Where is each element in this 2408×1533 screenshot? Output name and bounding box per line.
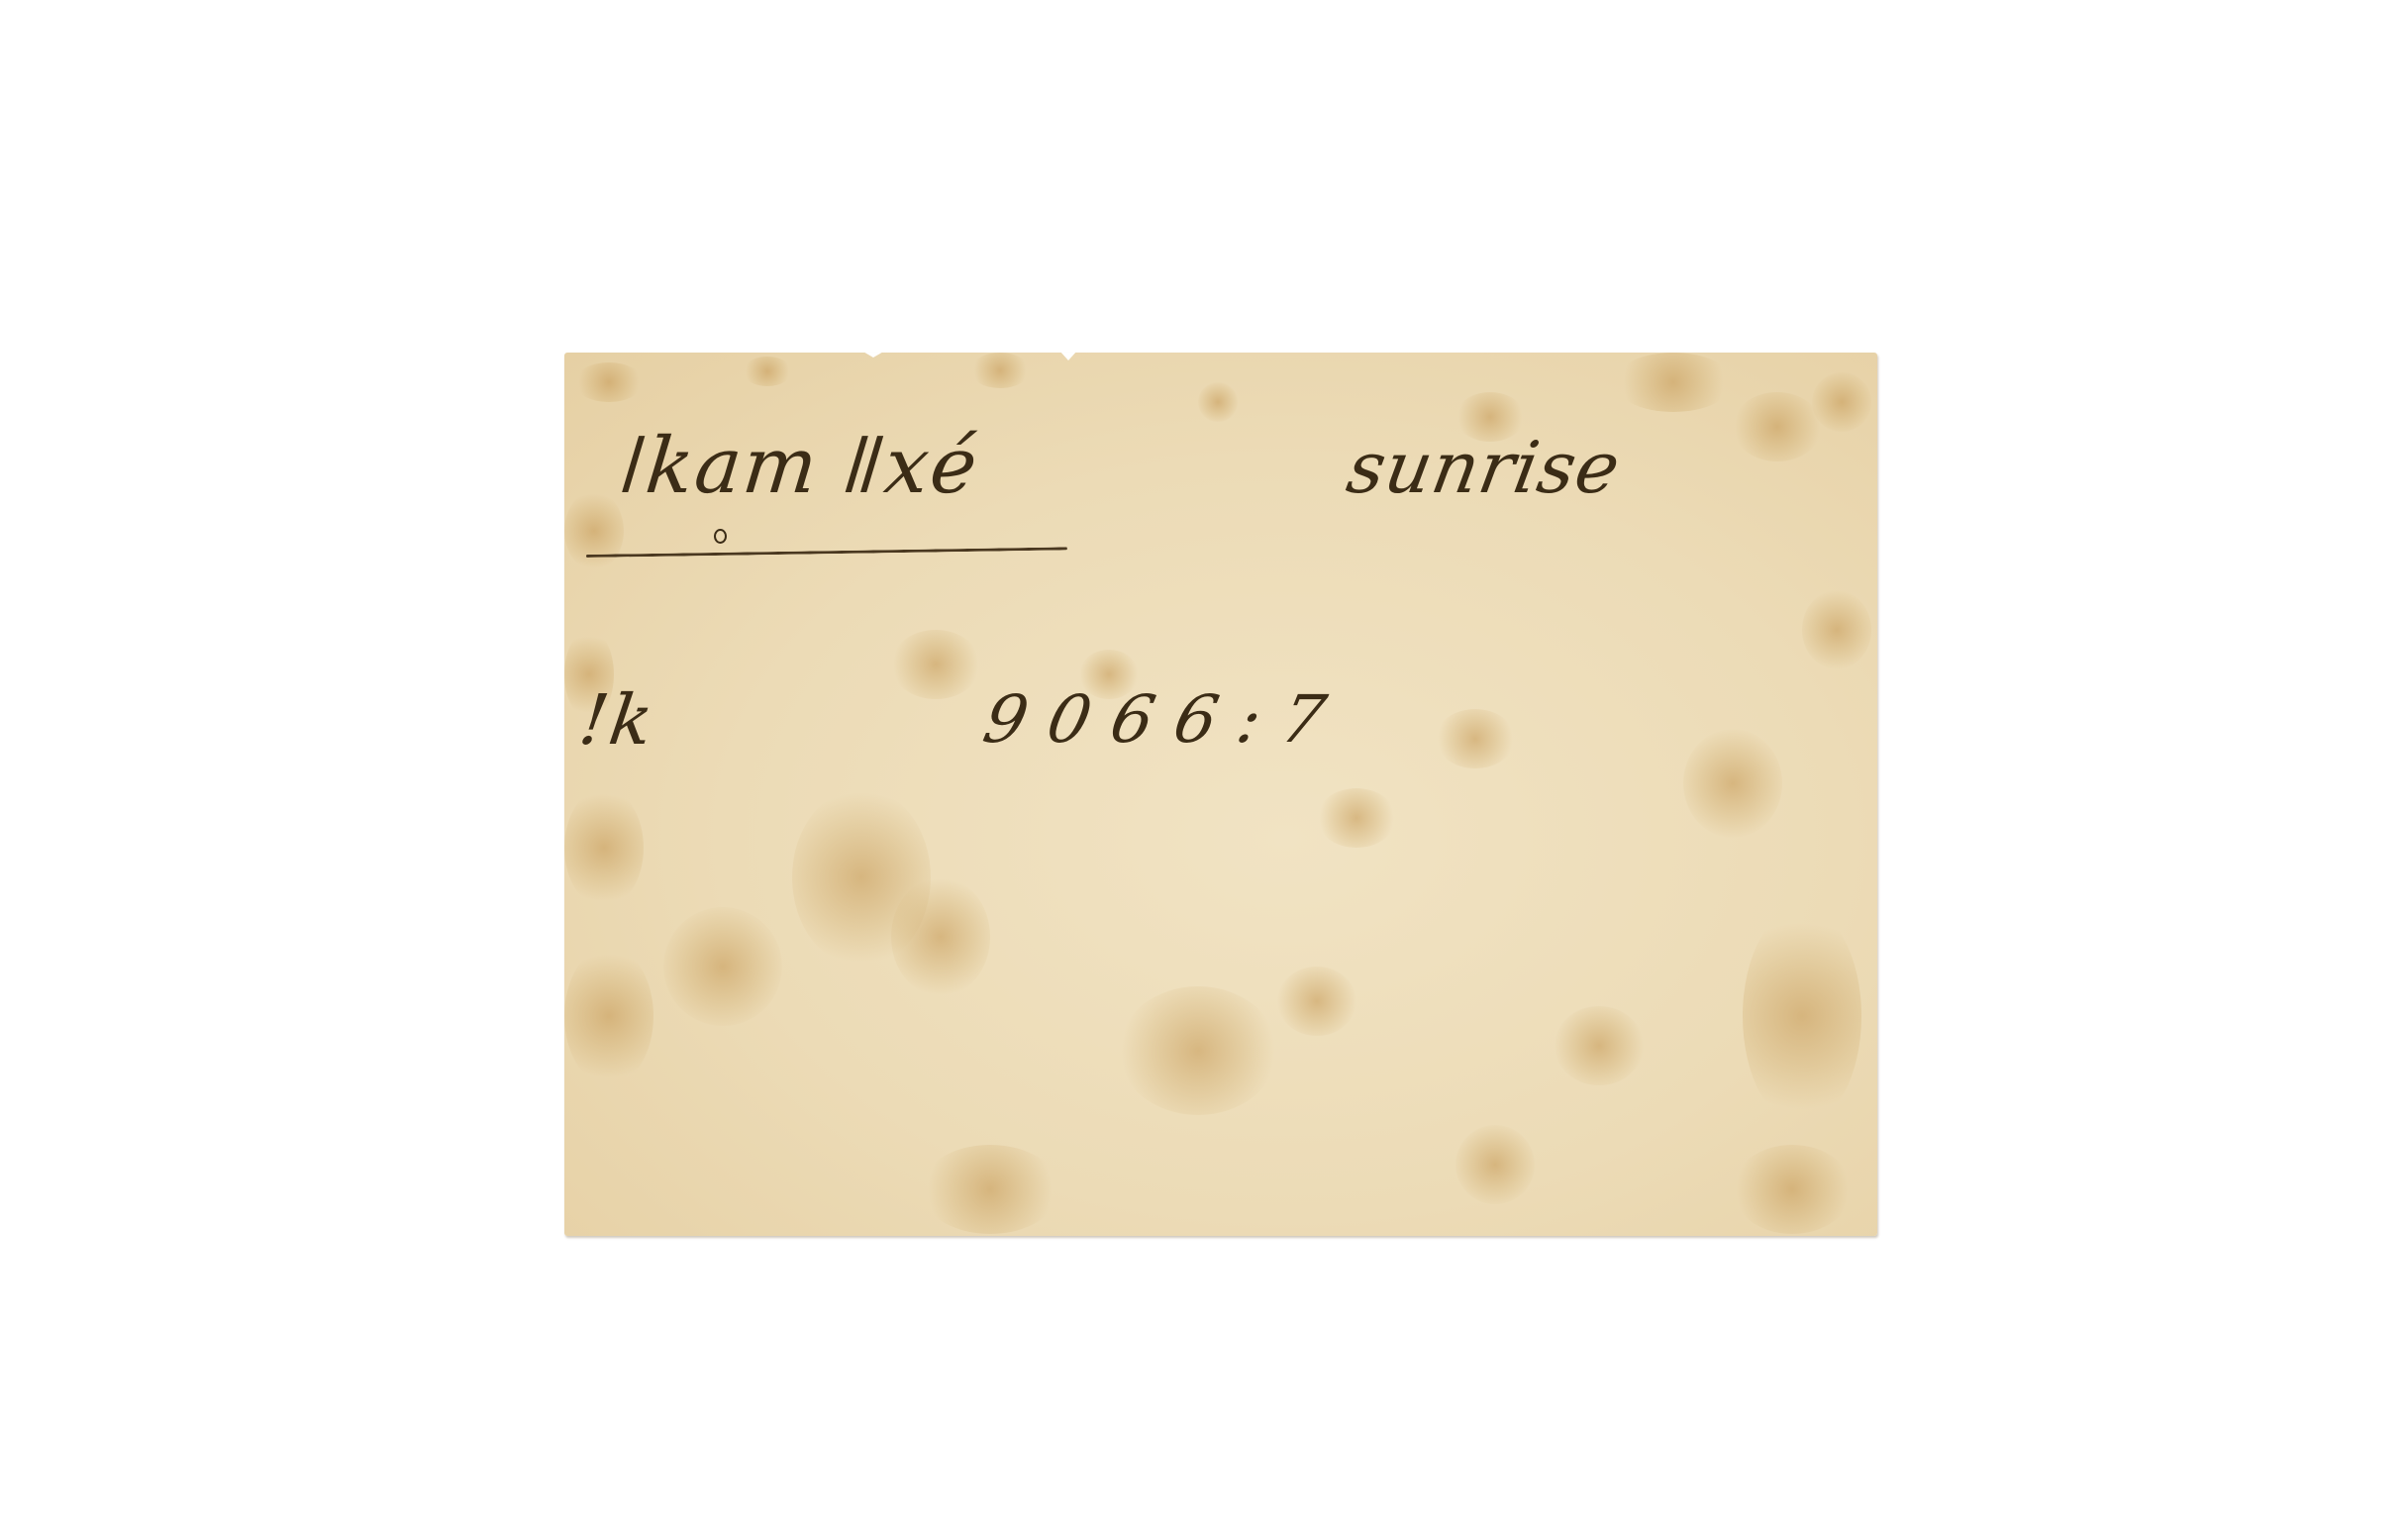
scan-page: ǀkam ǁxé sunrise !k 9066:7 (0, 0, 2408, 1533)
reference-label: !k (574, 679, 659, 761)
diacritic-ring-mark (714, 529, 727, 544)
torn-notch (861, 353, 885, 358)
title-underline (586, 547, 1067, 558)
title-native-word: ǀkam ǁxé (617, 422, 983, 511)
reference-number: 9066:7 (977, 681, 1354, 758)
catalogue-card: ǀkam ǁxé sunrise !k 9066:7 (564, 353, 1877, 1236)
title-translation: sunrise (1342, 426, 1628, 509)
torn-notch (1059, 353, 1077, 360)
